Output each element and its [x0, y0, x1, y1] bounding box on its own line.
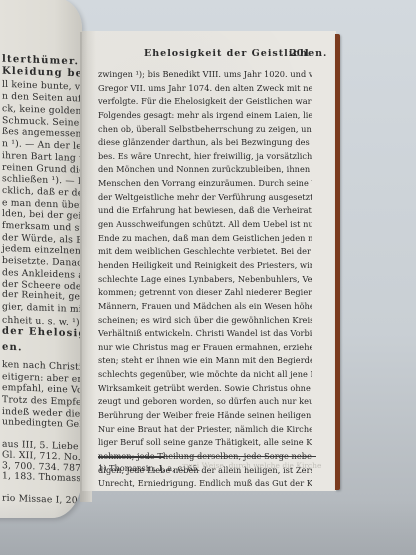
text-line: Menschen den Vorrang einzuräumen. Durch …: [98, 177, 312, 191]
text-line: diese glänzender darthun, als bei Bezwin…: [98, 136, 312, 150]
text-line: der Weltgeistliche mehr der Verführung a…: [98, 191, 312, 205]
text-line: zwingen ¹); bis Benedikt VIII. ums Jahr …: [98, 68, 312, 82]
text-line: Verhältniß entwickeln. Christi Wandel is…: [98, 327, 312, 341]
left-page-line: en.: [2, 342, 23, 354]
left-page-line: gier, damit in mir die: [2, 301, 82, 316]
text-line: Folgendes gesagt: mehr als irgend einem …: [98, 109, 312, 123]
text-line: verfolgte. Für die Ehelosigkeit der Geis…: [98, 95, 312, 109]
text-line: zeugt und geboren worden, so dürfen auch…: [98, 395, 312, 409]
book-cover-edge: [335, 34, 340, 490]
page-number: 201: [290, 48, 310, 59]
left-page-line: 1, 183. Thomassin.: [2, 471, 82, 485]
text-line: henden Heiligkeit und Reinigkeit des Pri…: [98, 259, 312, 273]
text-line: nur wie Christus mag er Frauen ermahnen,…: [98, 341, 312, 355]
left-page-line: der Ehelosigkeit der: [2, 326, 82, 342]
text-line: sten; steht er ihnen wie ein Mann mit de…: [98, 354, 312, 368]
text-line: scheinen; es wird sich über die gewöhnli…: [98, 314, 312, 328]
text-line: Nur eine Braut hat der Priester, nämlich…: [98, 423, 312, 437]
body-text: zwingen ¹); bis Benedikt VIII. ums Jahr …: [98, 68, 312, 491]
footnote-rule-accent: [98, 456, 164, 458]
bleed-through-text: zwei Weise, durch welche die Kirche: [182, 461, 321, 470]
text-line: schlechte Lage eines Lynbabers, Nebenbuh…: [98, 273, 312, 287]
text-line: Gregor VII. ums Jahr 1074. den alten Zwe…: [98, 82, 312, 96]
text-line: mit dem weiblichen Geschlechte verbietet…: [98, 245, 312, 259]
text-line: schlechts gegenüber, wie möchte da nicht…: [98, 368, 312, 382]
text-line: Unrecht, Erniedrigung. Endlich muß das G…: [98, 477, 312, 491]
text-line: liger Beruf soll seine ganze Thätigkeit,…: [98, 436, 312, 450]
text-line: Berührung der Weiber freie Hände seinen …: [98, 409, 312, 423]
left-page-line: unbedingten Gebote: [2, 416, 82, 430]
running-head: Ehelosigkeit der Geistlichen. 201: [82, 48, 336, 60]
text-line: Männern, Frauen und Mädchen als ein Wese…: [98, 300, 312, 314]
text-line: den Mönchen und Nonnen zurückzubleiben, …: [98, 163, 312, 177]
text-line: kommen; getrennt von dieser Zahl niedere…: [98, 286, 312, 300]
text-line: und die Erfahrung hat bewiesen, daß die …: [98, 204, 312, 218]
text-line: Ende zu machen, daß man dem Geistlichen …: [98, 232, 312, 246]
text-line: gen Ausschweifungen schützt. All dem Ueb…: [98, 218, 312, 232]
text-line: bes. Es wäre Unrecht, hier freiwillig, j…: [98, 150, 312, 164]
left-page-line: rio Missae I, 20.: [2, 492, 81, 506]
text-line: chen ob, überall Selbstbeherrschung zu z…: [98, 123, 312, 137]
left-page: lterthümer.Kleidung betreffendll keine b…: [0, 0, 82, 518]
text-line: Wirksamkeit getrübt werden. Sowie Christ…: [98, 382, 312, 396]
right-page: Ehelosigkeit der Geistlichen. 201 zwinge…: [82, 31, 336, 491]
